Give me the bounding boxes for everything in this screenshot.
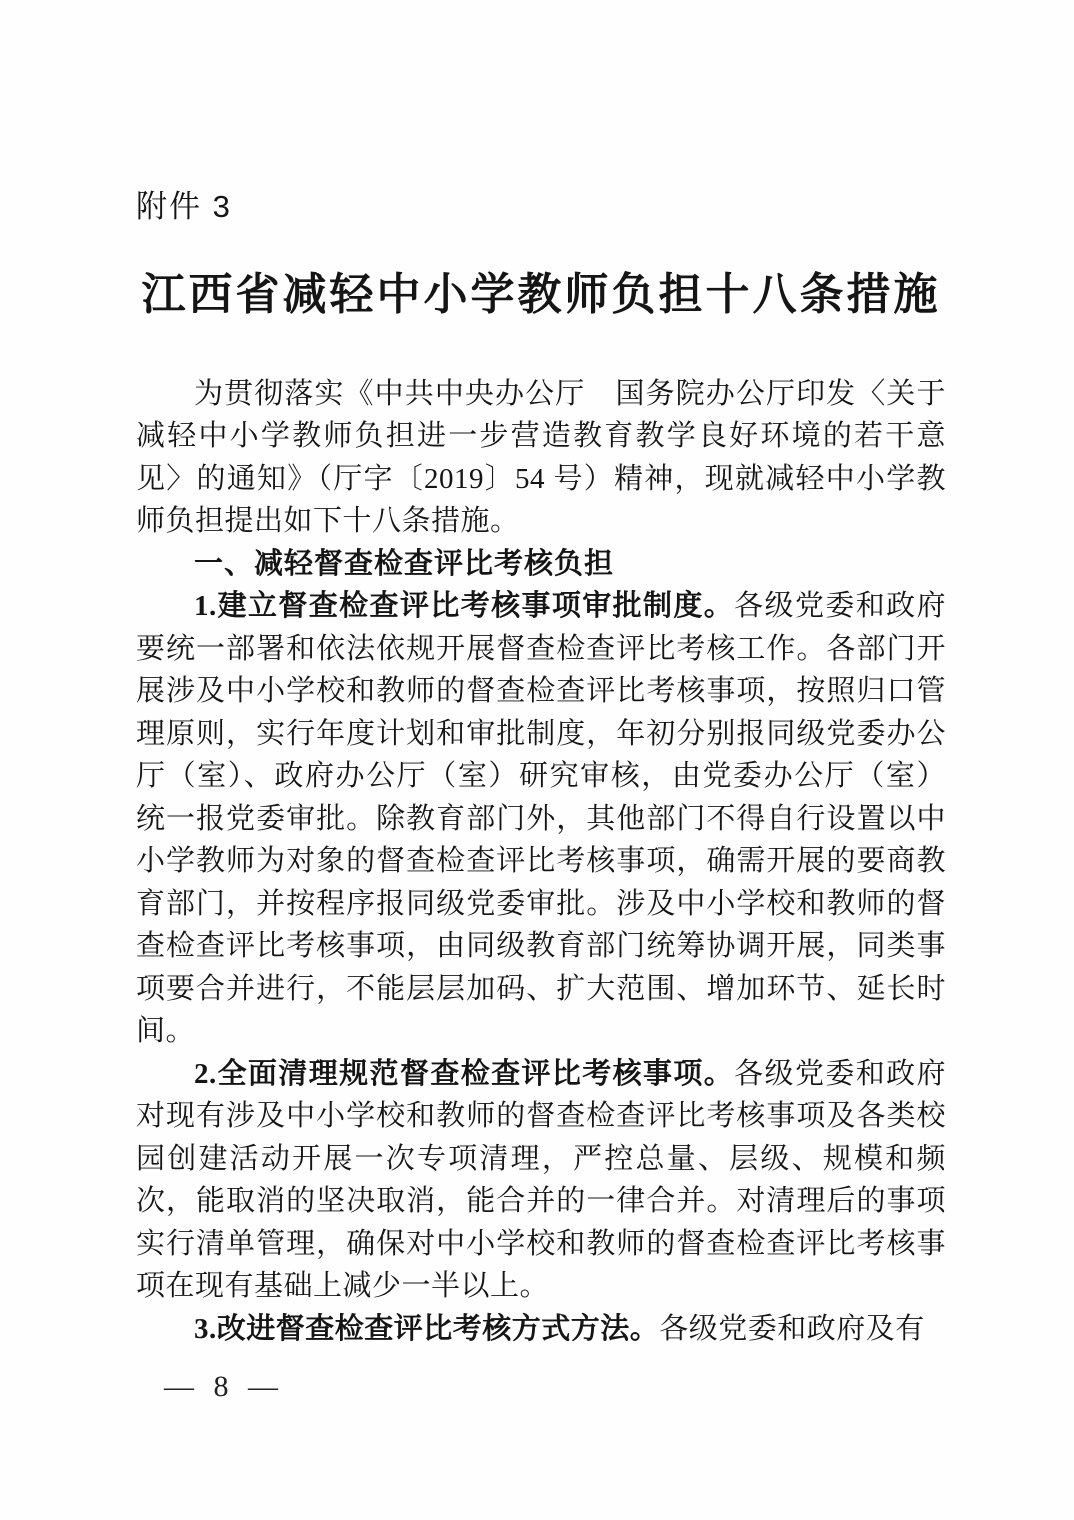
- item-2-text: 各级党委和政府对现有涉及中小学校和教师的督查检查评比考核事项及各类校园创建活动开…: [136, 1058, 946, 1303]
- item-3-text: 各级党委和政府及有: [659, 1313, 925, 1345]
- item-paragraph-3: 3.改进督查检查评比考核方式方法。各级党委和政府及有: [136, 1308, 946, 1351]
- document-title: 江西省减轻中小学教师负担十八条措施: [136, 270, 946, 321]
- item-1-text: 各级党委和政府要统一部署和依法依规开展督查检查评比考核工作。各部门开展涉及中小学…: [136, 590, 946, 1047]
- item-2-lead: 2.全面清理规范督查检查评比考核事项。: [194, 1058, 734, 1090]
- item-3-lead: 3.改进督查检查评比考核方式方法。: [194, 1313, 659, 1345]
- item-1-lead: 1.建立督查检查评比考核事项审批制度。: [194, 590, 734, 622]
- page-number: — 8 —: [164, 1372, 284, 1402]
- document-page: 附件 3 江西省减轻中小学教师负担十八条措施 为贯彻落实《中共中央办公厅 国务院…: [0, 0, 1074, 1520]
- item-paragraph-2: 2.全面清理规范督查检查评比考核事项。各级党委和政府对现有涉及中小学校和教师的督…: [136, 1053, 946, 1308]
- section-heading-1: 一、减轻督查检查评比考核负担: [136, 543, 946, 586]
- intro-paragraph: 为贯彻落实《中共中央办公厅 国务院办公厅印发〈关于减轻中小学教师负担进一步营造教…: [136, 373, 946, 543]
- attachment-label: 附件 3: [136, 190, 946, 224]
- item-paragraph-1: 1.建立督查检查评比考核事项审批制度。各级党委和政府要统一部署和依法依规开展督查…: [136, 585, 946, 1053]
